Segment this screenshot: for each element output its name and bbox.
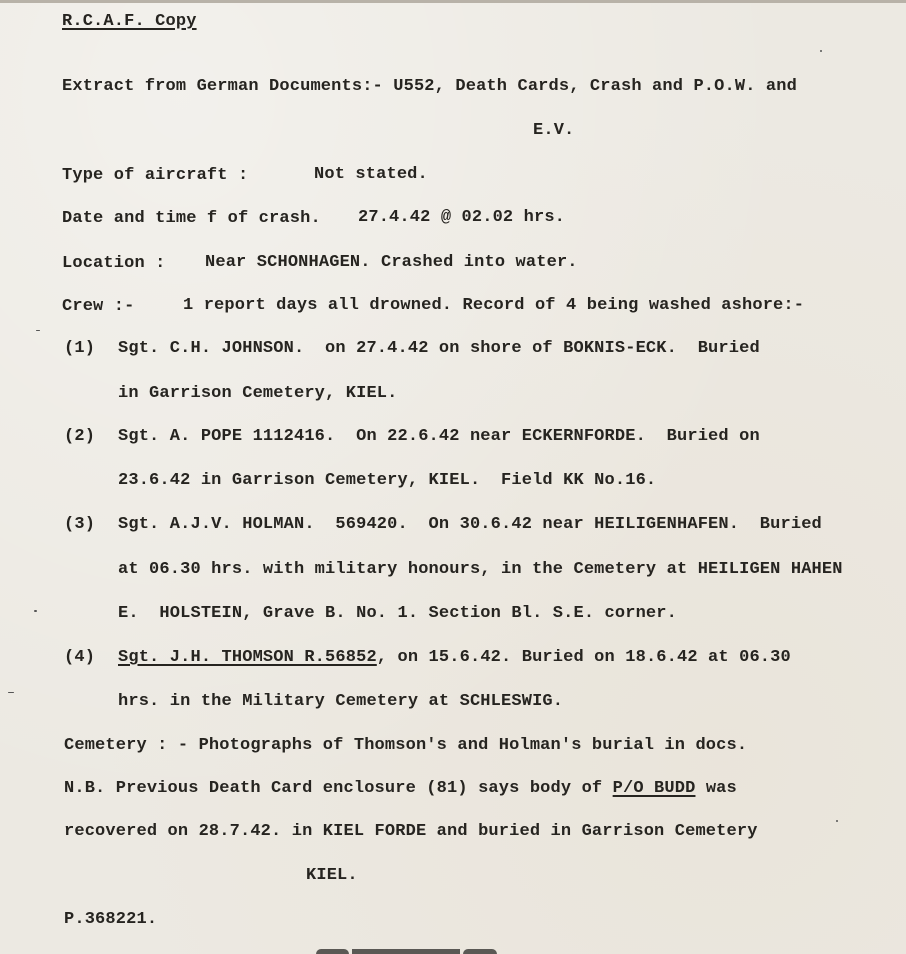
crew-value: 1 report days all drowned. Record of 4 b…: [183, 296, 804, 316]
crew-entry-4-line-1: Sgt. J.H. THOMSON R.56852, on 15.6.42. B…: [118, 648, 791, 668]
crew-entry-4-name: Sgt. J.H. THOMSON R.56852: [118, 648, 377, 667]
crew-entry-3-line-2: at 06.30 hrs. with military honours, in …: [118, 560, 843, 580]
crew-entry-1-line-2: in Garrison Cemetery, KIEL.: [118, 384, 398, 404]
paper-speck: [820, 50, 822, 52]
paper-speck: [34, 610, 37, 612]
page-top-edge: [0, 0, 906, 3]
crew-entry-2-number: (2): [64, 427, 95, 447]
crew-entry-4-details: , on 15.6.42. Buried on 18.6.42 at 06.30: [377, 648, 791, 667]
paper-speck: [36, 330, 40, 331]
nb-line-1-end: was: [695, 779, 736, 798]
nb-line-3: KIEL.: [306, 866, 358, 886]
cemetery-note: Cemetery : - Photographs of Thomson's an…: [64, 736, 747, 756]
paper-speck: [836, 820, 838, 822]
nb-officer-name: P/O BUDD: [613, 779, 696, 798]
crew-entry-2-line-2: 23.6.42 in Garrison Cemetery, KIEL. Fiel…: [118, 471, 656, 491]
date-time-value: 27.4.42 @ 02.02 hrs.: [358, 208, 565, 228]
title-line-1: Extract from German Documents:- U552, De…: [62, 77, 797, 97]
crew-entry-1-line-1: Sgt. C.H. JOHNSON. on 27.4.42 on shore o…: [118, 339, 760, 359]
crew-entry-3-line-3: E. HOLSTEIN, Grave B. No. 1. Section Bl.…: [118, 604, 677, 624]
reference-number: P.368221.: [64, 910, 157, 930]
crew-entry-3-line-1: Sgt. A.J.V. HOLMAN. 569420. On 30.6.42 n…: [118, 515, 822, 535]
paper-speck: [8, 692, 14, 693]
location-value: Near SCHONHAGEN. Crashed into water.: [205, 253, 578, 273]
nb-line-1: N.B. Previous Death Card enclosure (81) …: [64, 779, 737, 799]
crew-entry-1-number: (1): [64, 339, 95, 359]
nb-line-2: recovered on 28.7.42. in KIEL FORDE and …: [64, 822, 758, 842]
date-time-label: Date and time f of crash.: [62, 209, 321, 229]
title-line-2: E.V.: [533, 121, 574, 141]
aircraft-type-label: Type of aircraft :: [62, 166, 248, 186]
location-label: Location :: [62, 254, 166, 274]
crew-entry-4-number: (4): [64, 648, 95, 668]
crew-entry-4-line-2: hrs. in the Military Cemetery at SCHLESW…: [118, 692, 563, 712]
crew-label: Crew :-: [62, 297, 134, 317]
crew-entry-3-number: (3): [64, 515, 95, 535]
aircraft-type-value: Not stated.: [314, 165, 428, 185]
nb-line-1-start: N.B. Previous Death Card enclosure (81) …: [64, 779, 613, 798]
crew-entry-2-line-1: Sgt. A. POPE 1112416. On 22.6.42 near EC…: [118, 427, 760, 447]
viewer-toolbar-page-indicator[interactable]: [352, 949, 460, 954]
copy-header: R.C.A.F. Copy: [62, 12, 197, 32]
viewer-toolbar-prev-button[interactable]: [316, 949, 349, 954]
viewer-toolbar-next-button[interactable]: [463, 949, 497, 954]
